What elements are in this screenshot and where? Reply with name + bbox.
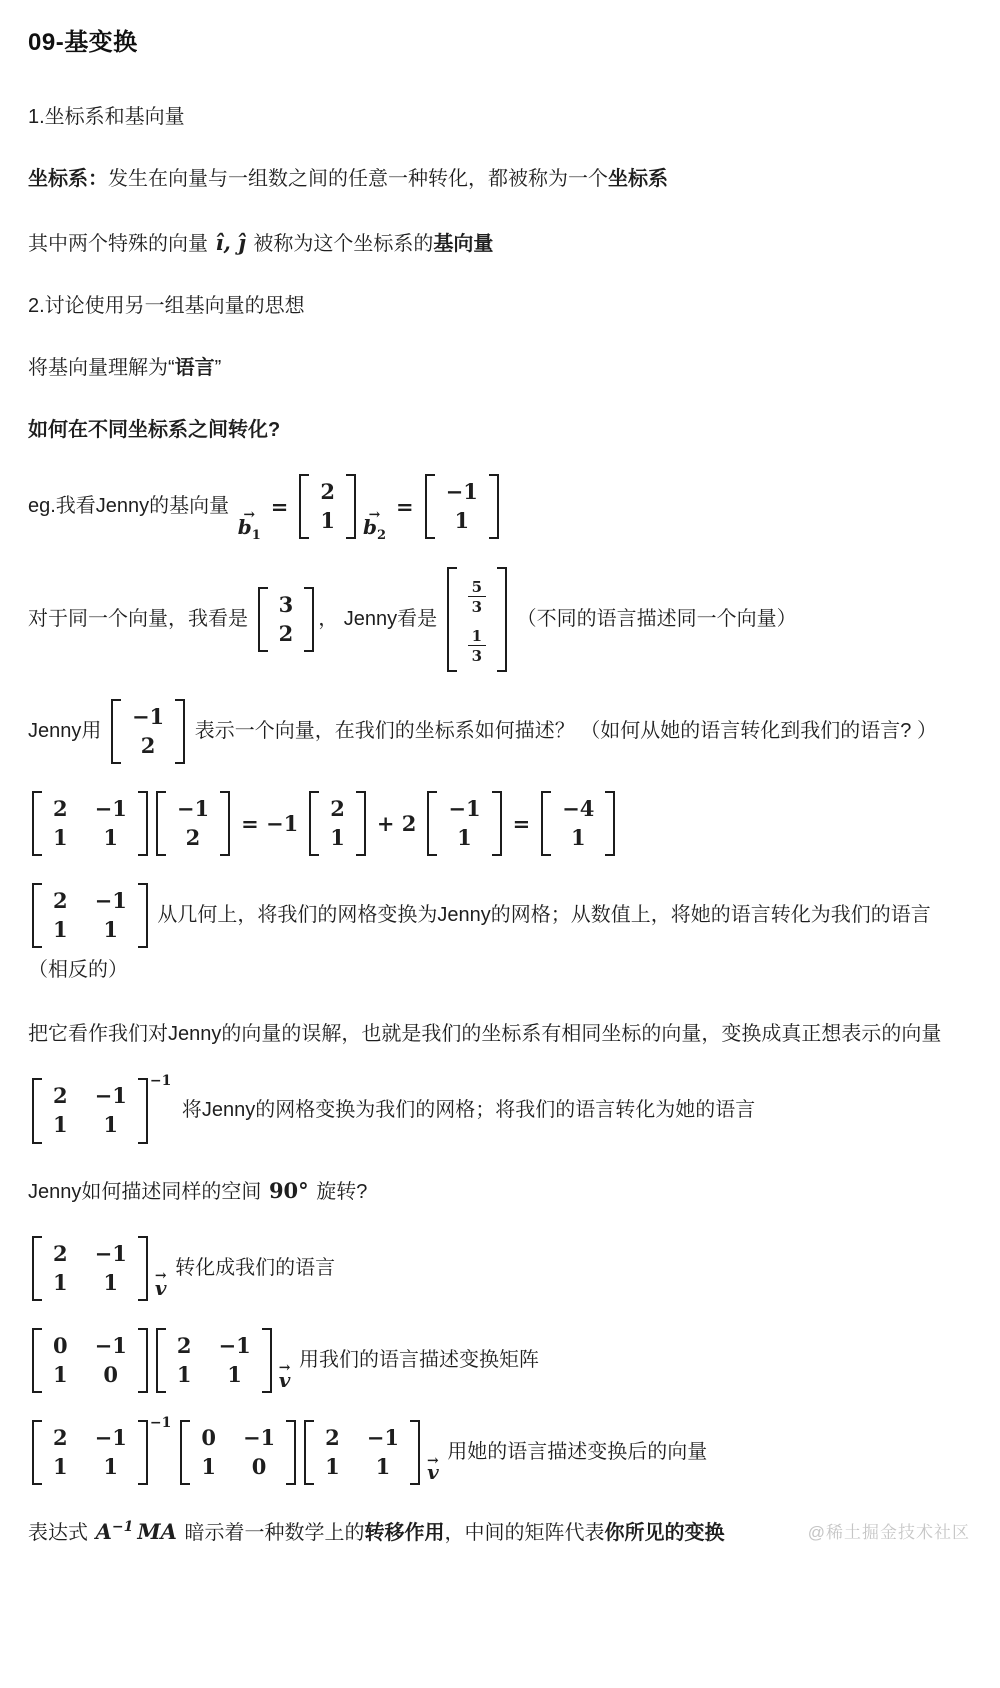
- matrix: 2−111: [32, 883, 148, 948]
- text-run: 将Jenny的网格变换为我们的网格；将我们的语言转化为她的语言: [176, 1099, 755, 1121]
- matrix-cell: 2: [53, 1243, 68, 1265]
- matrix-cell: 1: [330, 827, 345, 849]
- text-run: 转化成我们的语言: [170, 1256, 336, 1278]
- matrix-cell: −1: [95, 798, 127, 820]
- matrix-cells: 5313: [457, 567, 497, 672]
- matrix-bracket-left: [32, 883, 42, 948]
- matrix: 21: [309, 791, 366, 856]
- matrix-cell: −1: [446, 481, 478, 503]
- bold-text-run: 语言: [175, 357, 215, 379]
- vector-arrow-icon: →: [427, 1458, 439, 1466]
- matrix-cell: 2: [177, 1335, 192, 1357]
- matrix-cells: 2−111: [42, 791, 138, 856]
- matrix-superscript: −1: [150, 1416, 171, 1430]
- matrix-bracket-right: [410, 1420, 420, 1485]
- matrix-bracket-left: [111, 699, 121, 764]
- matrix-bracket-left: [258, 587, 268, 652]
- matrix: 2−111: [32, 1236, 148, 1301]
- matrix: −41: [541, 791, 615, 856]
- matrix-bracket-right: [175, 699, 185, 764]
- matrix-cells: 32: [268, 587, 305, 652]
- text-run: 1.坐标系和基向量: [28, 106, 185, 128]
- text-run: （不同的语言描述同一个向量）: [511, 608, 797, 630]
- matrix-cells: 0−110: [42, 1328, 138, 1393]
- math-run: 90°: [267, 1178, 311, 1203]
- matrix-bracket-left: [32, 791, 42, 856]
- matrix: 2−111−1: [32, 1078, 172, 1143]
- matrix-cells: 2−111: [42, 1078, 138, 1143]
- paragraph-9: Jenny用 −12 表示一个向量，在我们的坐标系如何描述？ （如何从她的语言转…: [28, 697, 970, 766]
- matrix-cell: 0: [103, 1364, 118, 1386]
- vector-symbol: →b2: [363, 509, 386, 542]
- paragraph-10: 2−111−12= −121+ 2−11=−41: [28, 789, 970, 858]
- matrix-bracket-left: [309, 791, 319, 856]
- vector-arrow-icon: →: [155, 1273, 167, 1281]
- matrix-cell: 1: [53, 1456, 68, 1478]
- vector-symbol: →b1: [238, 509, 261, 542]
- matrix-cell: 1: [53, 1114, 68, 1136]
- text-run: 发生在向量与一组数之间的任意一种转化，都被称为一个: [108, 168, 608, 190]
- vector-subscript: 2: [377, 528, 386, 543]
- matrix-cells: −11: [437, 791, 491, 856]
- matrix-superscript: −1: [150, 1074, 171, 1088]
- matrix: 2−111: [32, 791, 148, 856]
- matrix-cell: 1: [454, 510, 469, 532]
- fraction-denominator: 3: [468, 645, 486, 665]
- vector-arrow-icon: →: [279, 1365, 291, 1373]
- matrix-cell: 1: [103, 919, 118, 941]
- text-run: Jenny如何描述同样的空间: [28, 1181, 267, 1203]
- page-title: 09-基变换: [28, 22, 970, 57]
- matrix-cell: −1: [95, 1085, 127, 1107]
- matrix-cells: −12: [166, 791, 220, 856]
- vector-symbol: →v: [279, 1362, 291, 1391]
- fraction-denominator: 3: [468, 596, 486, 616]
- text-run: 对于同一个向量，我看是: [28, 608, 254, 630]
- matrix-cell: 1: [53, 1272, 68, 1294]
- text-run: Jenny用: [28, 720, 107, 742]
- matrix-cell: 2: [53, 1427, 68, 1449]
- fraction: 53: [468, 578, 486, 616]
- text-run: ”: [215, 357, 222, 379]
- matrix-bracket-left: [304, 1420, 314, 1485]
- matrix-cell: 1: [227, 1364, 242, 1386]
- text-run: ，中间的矩阵代表: [444, 1522, 604, 1544]
- math-operator: = −1: [241, 811, 298, 836]
- matrix-cells: 21: [319, 791, 356, 856]
- paragraph-1: 1.坐标系和基向量: [28, 97, 970, 138]
- math-operator: =: [396, 494, 414, 519]
- paragraph-14: Jenny如何描述同样的空间 90° 旋转?: [28, 1169, 970, 1213]
- matrix-cell: 13: [468, 623, 486, 665]
- matrix-cell: 2: [141, 735, 156, 757]
- text-run: 暗示着一种数学上的: [179, 1522, 365, 1544]
- paragraph-18: 表达式 A−1MA 暗示着一种数学上的转移作用，中间的矩阵代表你所见的变换@稀土…: [28, 1510, 970, 1554]
- matrix-cells: 2−111: [42, 1236, 138, 1301]
- matrix-cell: 2: [186, 827, 201, 849]
- text-run: 把它看作我们对Jenny的向量的误解，也就是我们的坐标系有相同坐标的向量，变换成…: [28, 1023, 941, 1045]
- matrix-bracket-right: [489, 474, 499, 539]
- matrix-cell: 1: [325, 1456, 340, 1478]
- matrix-bracket-right: [497, 567, 507, 672]
- matrix-cell: 0: [53, 1335, 68, 1357]
- matrix-cell: 1: [177, 1364, 192, 1386]
- math-run: MA: [135, 1519, 179, 1544]
- text-run: 2.讨论使用另一组基向量的思想: [28, 295, 305, 317]
- matrix: 0−110: [32, 1328, 148, 1393]
- matrix-cell: −1: [95, 1335, 127, 1357]
- matrix: 32: [258, 587, 315, 652]
- matrix-bracket-right: [138, 1078, 148, 1143]
- matrix-cells: 2−111: [42, 1420, 138, 1485]
- matrix-cells: −41: [551, 791, 605, 856]
- matrix-bracket-right: [262, 1328, 272, 1393]
- math-operator: =: [513, 811, 531, 836]
- paragraph-16: 0−1102−111→v 用我们的语言描述变换矩阵: [28, 1326, 970, 1395]
- text-run: 旋转?: [311, 1181, 368, 1203]
- matrix-cell: 2: [279, 623, 294, 645]
- matrix-bracket-right: [304, 587, 314, 652]
- matrix-bracket-left: [32, 1420, 42, 1485]
- matrix: 0−110: [180, 1420, 296, 1485]
- matrix-bracket-right: [356, 791, 366, 856]
- matrix-cell: −1: [95, 1427, 127, 1449]
- matrix-cells: 2−111: [314, 1420, 410, 1485]
- matrix-bracket-right: [220, 791, 230, 856]
- matrix-bracket-left: [32, 1078, 42, 1143]
- matrix-cell: 1: [53, 827, 68, 849]
- matrix-bracket-left: [425, 474, 435, 539]
- matrix: −11: [427, 791, 501, 856]
- matrix-bracket-left: [427, 791, 437, 856]
- matrix-cell: 0: [201, 1427, 216, 1449]
- text-run: 用我们的语言描述变换矩阵: [293, 1348, 539, 1370]
- matrix-cell: −4: [562, 798, 594, 820]
- matrix-cells: 2−111: [42, 883, 138, 948]
- bold-text-run: 坐标系: [608, 168, 668, 190]
- math-operator: + 2: [377, 811, 417, 836]
- matrix-bracket-left: [32, 1236, 42, 1301]
- matrix-bracket-right: [138, 1420, 148, 1485]
- paragraph-17: 2−111−10−1102−111→v 用她的语言描述变换后的向量: [28, 1418, 970, 1487]
- document: 09-基变换 1.坐标系和基向量坐标系：发生在向量与一组数之间的任意一种转化，都…: [28, 22, 970, 1554]
- paragraph-3: 其中两个特殊的向量 î, ĵ 被称为这个坐标系的基向量: [28, 221, 970, 265]
- matrix: −12: [111, 699, 185, 764]
- bold-text-run: 转移作用: [364, 1522, 444, 1544]
- paragraph-list: 1.坐标系和基向量坐标系：发生在向量与一组数之间的任意一种转化，都被称为一个坐标…: [28, 97, 970, 1554]
- matrix: −11: [425, 474, 499, 539]
- matrix-bracket-right: [492, 791, 502, 856]
- matrix-cells: −12: [121, 699, 175, 764]
- matrix-cell: −1: [132, 706, 164, 728]
- matrix-cell: 1: [103, 1114, 118, 1136]
- matrix-cells: −11: [435, 474, 489, 539]
- matrix-cell: 1: [103, 1272, 118, 1294]
- matrix-cell: 1: [103, 1456, 118, 1478]
- matrix-bracket-right: [138, 1328, 148, 1393]
- vector-arrow-icon: →: [369, 512, 381, 520]
- matrix-cell: −1: [177, 798, 209, 820]
- matrix-cell: 1: [103, 827, 118, 849]
- bold-text-run: 坐标系：: [28, 168, 108, 190]
- math-superscript: −1: [112, 1519, 133, 1535]
- matrix-cell: 0: [252, 1456, 267, 1478]
- matrix-bracket-right: [346, 474, 356, 539]
- matrix-cell: 2: [53, 890, 68, 912]
- matrix-cell: 2: [325, 1427, 340, 1449]
- matrix-cell: 1: [201, 1456, 216, 1478]
- paragraph-12: 把它看作我们对Jenny的向量的误解，也就是我们的坐标系有相同坐标的向量，变换成…: [28, 1014, 970, 1055]
- matrix-cell: −1: [95, 890, 127, 912]
- matrix-cell: −1: [448, 798, 480, 820]
- fraction-numerator: 1: [468, 627, 486, 645]
- matrix-cell: 1: [53, 919, 68, 941]
- paragraph-5: 将基向量理解为“语言”: [28, 348, 970, 389]
- matrix: 2−111−1: [32, 1420, 172, 1485]
- text-run: 被称为这个坐标系的: [248, 233, 434, 255]
- text-run: 其中两个特殊的向量: [28, 233, 214, 255]
- bold-text-run: 基向量: [433, 233, 493, 255]
- matrix-bracket-right: [605, 791, 615, 856]
- matrix-bracket-left: [541, 791, 551, 856]
- matrix-bracket-left: [447, 567, 457, 672]
- matrix: 5313: [447, 567, 507, 672]
- matrix-bracket-right: [286, 1420, 296, 1485]
- math-run: A−1: [94, 1519, 136, 1544]
- matrix: 2−111: [304, 1420, 420, 1485]
- matrix-cell: 2: [320, 481, 335, 503]
- matrix-cell: 1: [320, 510, 335, 532]
- vector-symbol: →v: [427, 1455, 439, 1484]
- text-run: eg.我看Jenny的基向量: [28, 495, 235, 517]
- vector-subscript: 1: [252, 528, 261, 543]
- paragraph-15: 2−111→v 转化成我们的语言: [28, 1234, 970, 1303]
- matrix-bracket-left: [156, 791, 166, 856]
- text-run: 用她的语言描述变换后的向量: [442, 1441, 708, 1463]
- matrix-cell: 1: [571, 827, 586, 849]
- bold-text-run: 如何在不同坐标系之间转化?: [28, 419, 280, 441]
- matrix: 21: [299, 474, 356, 539]
- watermark: @稀土掘金技术社区: [808, 1516, 970, 1551]
- paragraph-2: 坐标系：发生在向量与一组数之间的任意一种转化，都被称为一个坐标系: [28, 159, 970, 200]
- text-run: 将基向量理解为“: [28, 357, 175, 379]
- matrix-bracket-right: [138, 883, 148, 948]
- paragraph-13: 2−111−1 将Jenny的网格变换为我们的网格；将我们的语言转化为她的语言: [28, 1076, 970, 1145]
- matrix-bracket-left: [32, 1328, 42, 1393]
- matrix-cell: −1: [95, 1243, 127, 1265]
- matrix-cell: 2: [53, 798, 68, 820]
- vector-arrow-icon: →: [243, 512, 255, 520]
- bold-text-run: 你所见的变换: [604, 1522, 724, 1544]
- matrix-cell: −1: [218, 1335, 250, 1357]
- text-run: 表示一个向量，在我们的坐标系如何描述？ （如何从她的语言转化到我们的语言? ）: [189, 720, 937, 742]
- paragraph-6: 如何在不同坐标系之间转化?: [28, 410, 970, 451]
- matrix-bracket-left: [299, 474, 309, 539]
- matrix-cell: 1: [376, 1456, 391, 1478]
- paragraph-4: 2.讨论使用另一组基向量的思想: [28, 286, 970, 327]
- paragraph-8: 对于同一个向量，我看是 32， Jenny看是 5313 （不同的语言描述同一个…: [28, 565, 970, 674]
- vector-symbol: →v: [155, 1270, 167, 1299]
- text-run: ， Jenny看是: [318, 608, 442, 630]
- matrix-cell: 1: [457, 827, 472, 849]
- matrix-bracket-left: [180, 1420, 190, 1485]
- math-operator: =: [271, 494, 289, 519]
- matrix-cell: 1: [53, 1364, 68, 1386]
- matrix-cell: 2: [330, 798, 345, 820]
- text-run: 从几何上，将我们的网格变换为Jenny的网格；从数值上，将她的语言转化为我们的语…: [28, 904, 931, 981]
- matrix-bracket-right: [138, 1236, 148, 1301]
- matrix: −12: [156, 791, 230, 856]
- fraction-numerator: 5: [468, 578, 486, 596]
- paragraph-7: eg.我看Jenny的基向量 →b1=21→b2=−11: [28, 472, 970, 542]
- paragraph-11: 2−111 从几何上，将我们的网格变换为Jenny的网格；从数值上，将她的语言转…: [28, 881, 970, 991]
- matrix-cell: −1: [243, 1427, 275, 1449]
- matrix-cells: 21: [309, 474, 346, 539]
- matrix-cell: 53: [468, 574, 486, 616]
- fraction: 13: [468, 627, 486, 665]
- matrix-cells: 0−110: [190, 1420, 286, 1485]
- matrix: 2−111: [156, 1328, 272, 1393]
- matrix-cell: 2: [53, 1085, 68, 1107]
- matrix-bracket-left: [156, 1328, 166, 1393]
- matrix-cell: −1: [367, 1427, 399, 1449]
- text-run: 表达式: [28, 1522, 94, 1544]
- matrix-bracket-right: [138, 791, 148, 856]
- matrix-cells: 2−111: [166, 1328, 262, 1393]
- math-run: î, ĵ: [214, 230, 248, 255]
- matrix-cell: 3: [279, 594, 294, 616]
